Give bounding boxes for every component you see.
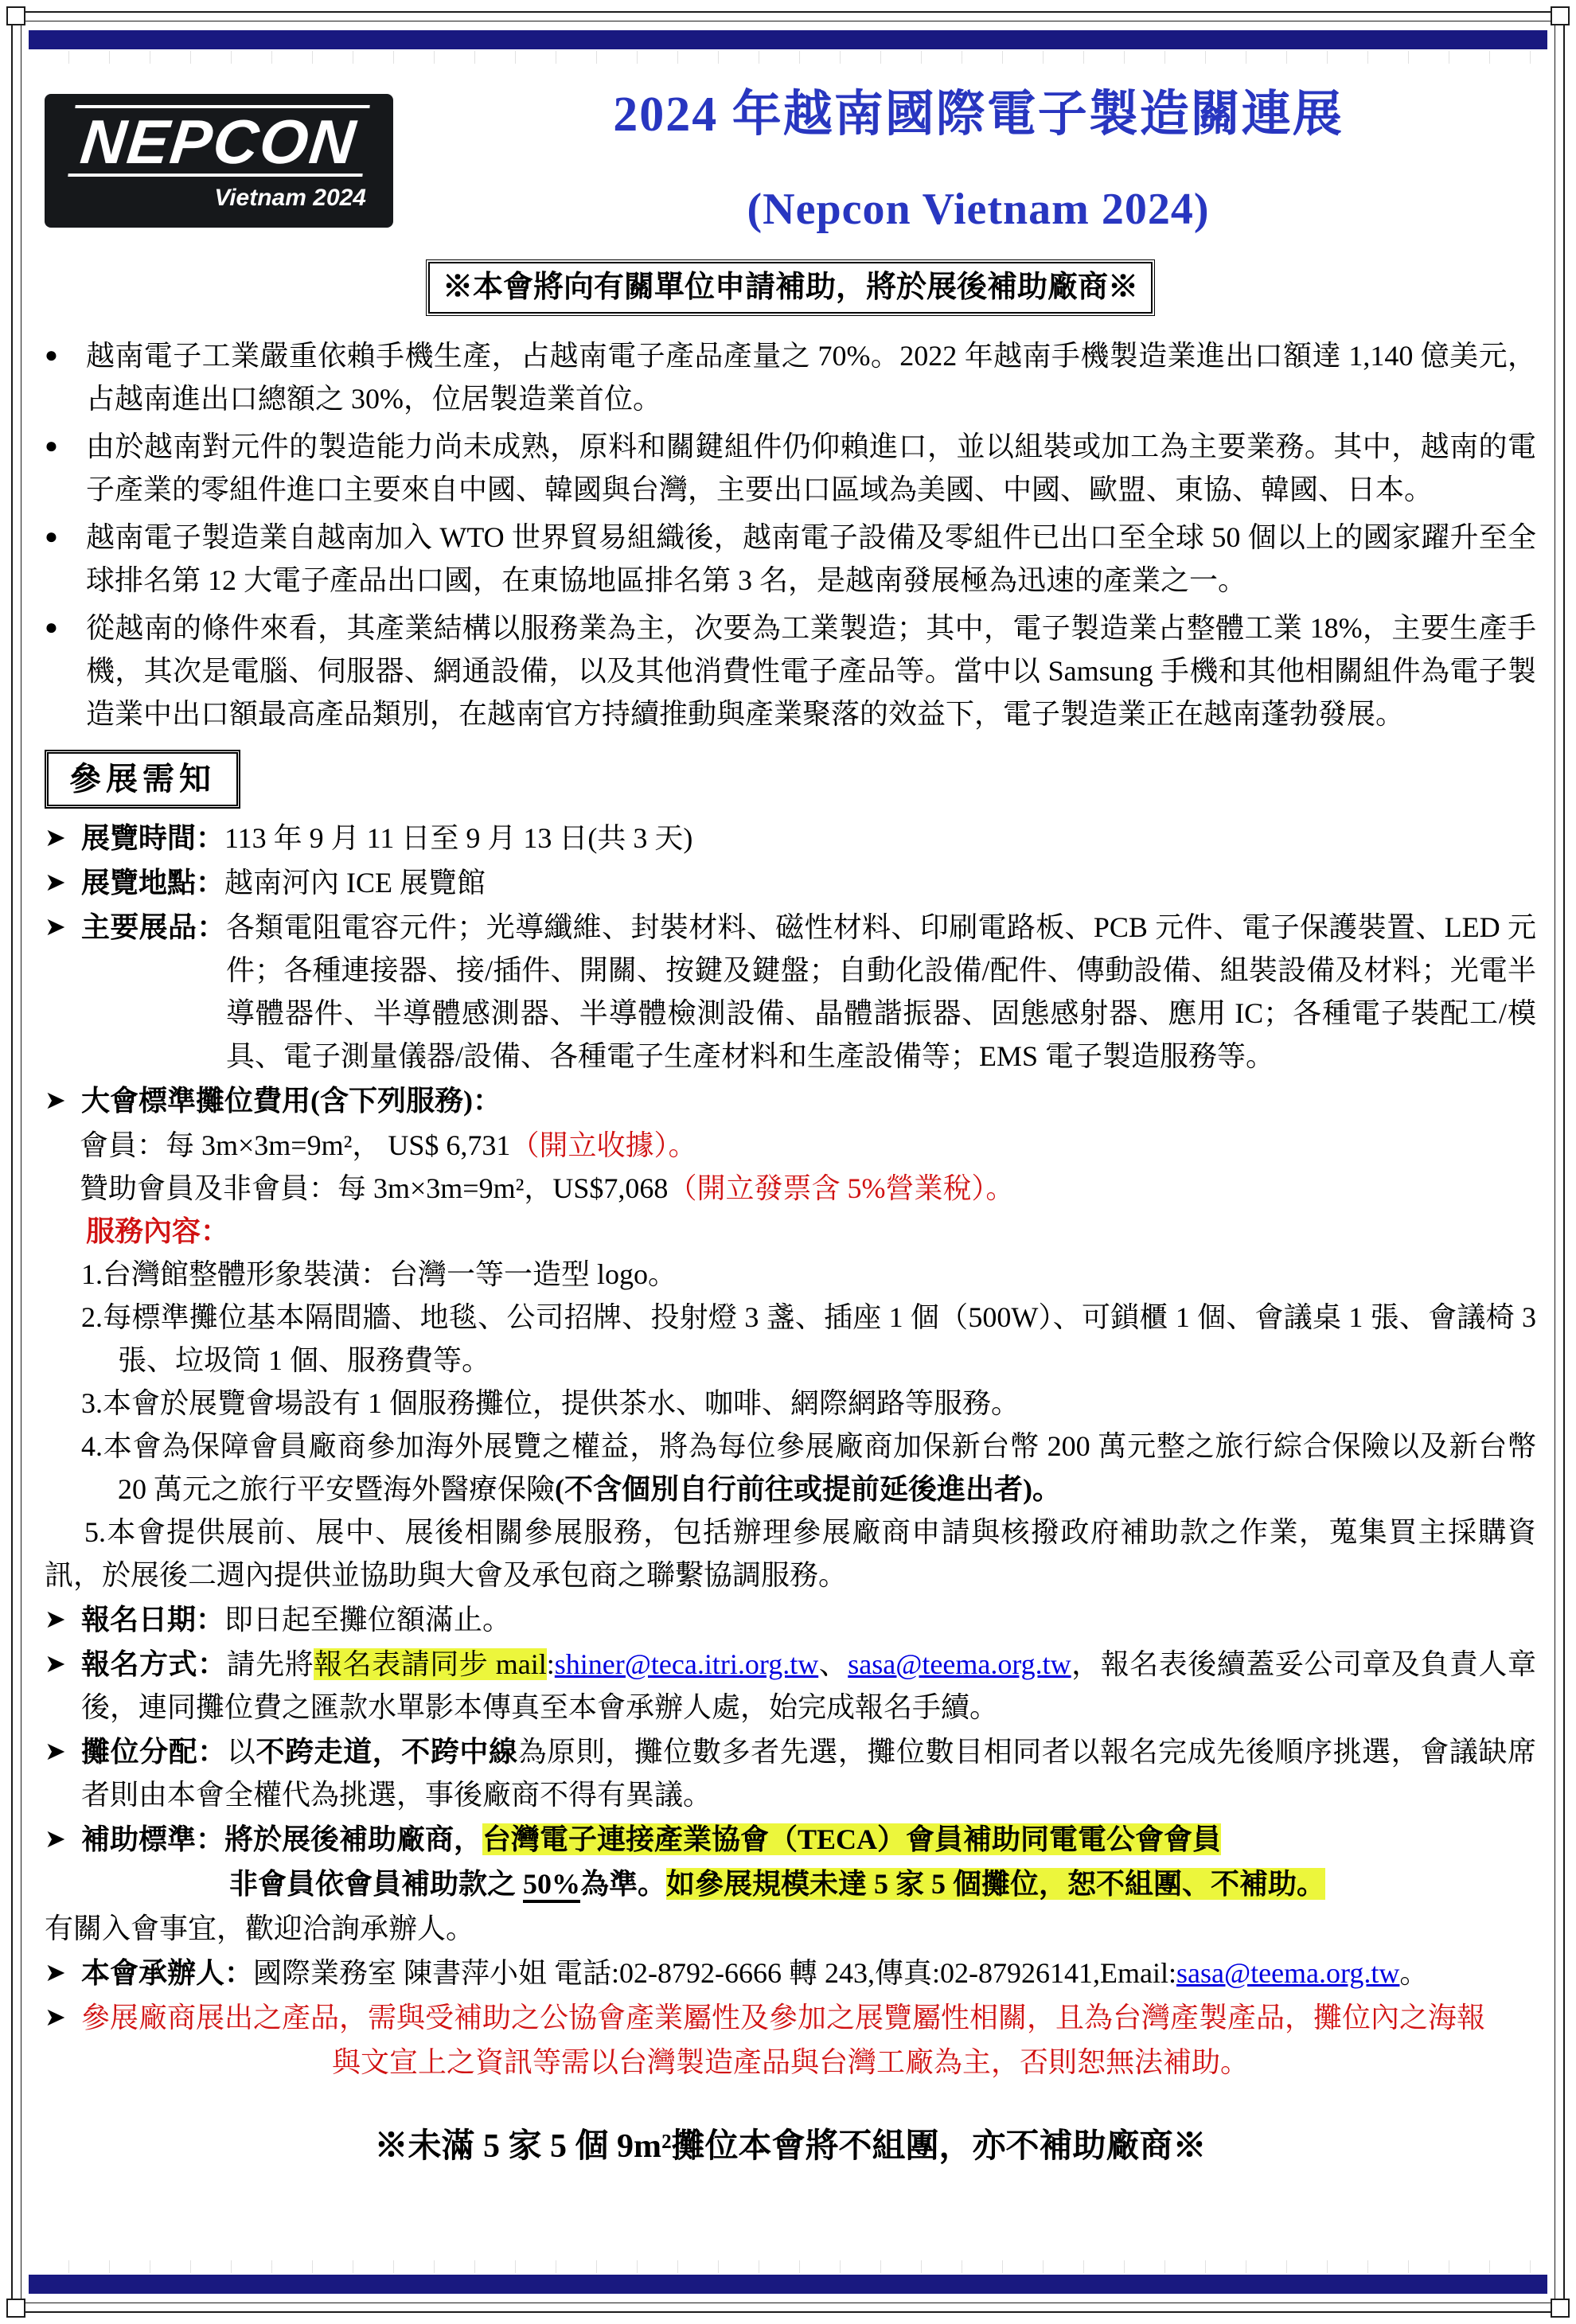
fee-member-receipt-note: （開立收據）。 (510, 1129, 696, 1161)
nepcon-logo: NEPCON Vietnam 2024 (45, 94, 393, 228)
arrow-icon: ➤ (45, 1598, 81, 1641)
service-text-bold: (不含個別自行前往或提前延後進出者)。 (555, 1473, 1061, 1505)
border-corner-ornament (1551, 2299, 1570, 2318)
service-number: 1. (81, 1258, 103, 1290)
top-navy-band (29, 30, 1547, 49)
item-label: 報名方式： (81, 1648, 227, 1680)
item-text: : (547, 1648, 555, 1680)
membership-note: 有關入會事宜，歡迎洽詢承辦人。 (45, 1907, 1536, 1950)
subsidy-notice-box: ※本會將向有關單位申請補助，將於展後補助廠商※ (428, 262, 1153, 314)
item-text: 以 (227, 1736, 256, 1768)
highlighted-text: 報名表請同步 mail (314, 1648, 547, 1680)
item-label: 主要展品： (81, 911, 226, 943)
item-text-bold: 不跨走道，不跨中線 (256, 1736, 517, 1768)
bullet-text: 由於越南對元件的製造能力尚未成熟，原料和關鍵組件仍仰賴進口，並以組裝或加工為主要… (86, 425, 1536, 511)
subsidy-notice-wrap: ※本會將向有關單位申請補助，將於展後補助廠商※ (45, 262, 1536, 314)
item-label: 補助標準： (81, 1823, 224, 1855)
footer-note: ※未滿 5 家 5 個 9m²攤位本會將不組團，亦不補助廠商※ (45, 2122, 1536, 2172)
item-content: 展覽地點：越南河內 ICE 展覽館 (81, 861, 1536, 904)
fee-member-line: 會員：每 3m×3m=9m²， US$ 6,731（開立收據）。 (80, 1124, 1536, 1167)
item-text: 越南河內 ICE 展覽館 (224, 867, 486, 899)
item-text-bold: 將於展後補助廠商， (224, 1823, 482, 1855)
item-text: 各類電阻電容元件；光導纖維、封裝材料、磁性材料、印刷電路板、PCB 元件、電子保… (226, 911, 1536, 1072)
service-text: 本會提供展前、展中、展後相關參展服務，包括辦理參展廠商申請與核撥政府補助款之作業… (45, 1516, 1536, 1591)
item-label: 大會標準攤位費用(含下列服務)： (81, 1085, 501, 1117)
bullet-icon: ● (45, 606, 86, 735)
bullet-text: 越南電子工業嚴重依賴手機生產，占越南電子產品產量之 70%。2022 年越南手機… (86, 334, 1536, 420)
page-subtitle: (Nepcon Vietnam 2024) (420, 176, 1536, 243)
item-signup-method: ➤ 報名方式：請先將報名表請同步 mail:shiner@teca.itri.o… (45, 1643, 1536, 1729)
nepcon-logo-subtext: Vietnam 2024 (214, 180, 366, 216)
list-item: ● 越南電子工業嚴重依賴手機生產，占越南電子產品產量之 70%。2022 年越南… (45, 334, 1536, 420)
arrow-icon: ➤ (45, 1730, 81, 1816)
item-content: 主要展品：各類電阻電容元件；光導纖維、封裝材料、磁性材料、印刷電路板、PCB 元… (81, 906, 1536, 1078)
service-item-2: 2.每標準攤位基本隔間牆、地毯、公司招牌、投射燈 3 盞、插座 1 個（500W… (81, 1296, 1536, 1382)
page-title: 2024 年越南國際電子製造關連展 (420, 78, 1536, 152)
subsidy-line2: 非會員依會員補助款之 50%為準。如參展規模未達 5 家 5 個攤位，恕不組團、… (229, 1862, 1536, 1905)
arrow-icon: ➤ (45, 817, 81, 860)
item-content: 大會標準攤位費用(含下列服務)： (81, 1079, 1536, 1122)
item-text: 非會員依會員補助款之 (229, 1868, 523, 1900)
item-booth-fee: ➤ 大會標準攤位費用(含下列服務)： (45, 1079, 1536, 1122)
title-block: 2024 年越南國際電子製造關連展 (Nepcon Vietnam 2024) (420, 78, 1536, 243)
bullet-icon: ● (45, 334, 86, 420)
item-content: 展覽時間：113 年 9 月 11 日至 9 月 13 日(共 3 天) (81, 817, 1536, 860)
fee-sponsor-line: 贊助會員及非會員：每 3m×3m=9m²，US$7,068（開立發票含 5%營業… (80, 1167, 1536, 1210)
item-content: 本會承辦人：國際業務室 陳書萍小姐 電話:02-8792-6666 轉 243,… (81, 1952, 1536, 1995)
item-text: 113 年 9 月 11 日至 9 月 13 日(共 3 天) (224, 822, 692, 854)
arrow-icon: ➤ (45, 1079, 81, 1122)
service-item-4: 4.本會為保障會員廠商參加海外展覽之權益，將為每位參展廠商加保新台幣 200 萬… (81, 1425, 1536, 1511)
grid-ticks-bottom (29, 2260, 1547, 2273)
fee-sponsor-invoice-note: （開立發票含 5%營業稅）。 (668, 1172, 1014, 1204)
header: NEPCON Vietnam 2024 2024 年越南國際電子製造關連展 (N… (45, 78, 1536, 243)
compliance-notice-line1: 參展廠商展出之產品，需與受補助之公協會產業屬性及參加之展覽屬性相關，且為台灣產製… (81, 1996, 1536, 2039)
list-item: ● 由於越南對元件的製造能力尚未成熟，原料和關鍵組件仍仰賴進口，並以組裝或加工為… (45, 425, 1536, 511)
item-text: 即日起至攤位額滿止。 (224, 1604, 511, 1636)
service-number: 4. (81, 1430, 103, 1462)
item-organizer-contact: ➤ 本會承辦人：國際業務室 陳書萍小姐 電話:02-8792-6666 轉 24… (45, 1952, 1536, 1995)
item-text: 、 (818, 1648, 848, 1680)
email-link-shiner[interactable]: shiner@teca.itri.org.tw (555, 1648, 818, 1680)
service-text: 台灣館整體形象裝潢：台灣一等一造型 logo。 (103, 1258, 677, 1290)
bullet-icon: ● (45, 425, 86, 511)
section-heading-exhibit-info: 參展需知 (45, 750, 240, 809)
service-item-3: 3.本會於展覽會場設有 1 個服務攤位，提供茶水、咖啡、網際網路等服務。 (81, 1382, 1536, 1425)
arrow-icon: ➤ (45, 1643, 81, 1729)
fee-member-text: 會員：每 3m×3m=9m²， US$ 6,731 (80, 1129, 510, 1161)
intro-bullet-list: ● 越南電子工業嚴重依賴手機生產，占越南電子產品產量之 70%。2022 年越南… (45, 334, 1536, 735)
item-text: 為準。 (580, 1868, 666, 1900)
item-subsidy-standard: ➤ 補助標準：將於展後補助廠商，台灣電子連接產業協會（TECA）會員補助同電電公… (45, 1818, 1536, 1861)
bullet-text: 從越南的條件來看，其產業結構以服務業為主，次要為工業製造；其中，電子製造業占整體… (86, 606, 1536, 735)
item-exhibit-time: ➤ 展覽時間：113 年 9 月 11 日至 9 月 13 日(共 3 天) (45, 817, 1536, 860)
arrow-icon: ➤ (45, 1818, 81, 1861)
document-body: NEPCON Vietnam 2024 2024 年越南國際電子製造關連展 (N… (45, 73, 1536, 2172)
item-label: 展覽地點： (81, 867, 224, 899)
item-label: 展覽時間： (81, 822, 224, 854)
service-text: 本會於展覽會場設有 1 個服務攤位，提供茶水、咖啡、網際網路等服務。 (103, 1387, 1020, 1419)
nepcon-logo-wordmark: NEPCON (68, 105, 369, 177)
item-content: 報名日期：即日起至攤位額滿止。 (81, 1598, 1536, 1641)
underlined-text: 50% (523, 1868, 580, 1903)
list-item: ● 從越南的條件來看，其產業結構以服務業為主，次要為工業製造；其中，電子製造業占… (45, 606, 1536, 735)
email-link-sasa[interactable]: sasa@teema.org.tw (848, 1648, 1071, 1680)
bullet-icon: ● (45, 516, 86, 602)
item-compliance-notice: ➤ 參展廠商展出之產品，需與受補助之公協會產業屬性及參加之展覽屬性相關，且為台灣… (45, 1996, 1536, 2039)
item-label: 本會承辦人： (81, 1957, 253, 1989)
border-corner-ornament (6, 2299, 25, 2318)
item-booth-allocation: ➤ 攤位分配：以不跨走道，不跨中線為原則，攤位數多者先選，攤位數目相同者以報名完… (45, 1730, 1536, 1816)
bottom-navy-band (29, 2275, 1547, 2294)
item-label: 報名日期： (81, 1604, 224, 1636)
highlighted-text: 如參展規模未達 5 家 5 個攤位，恕不組團、不補助。 (666, 1868, 1325, 1900)
service-text: 每標準攤位基本隔間牆、地毯、公司招牌、投射燈 3 盞、插座 1 個（500W）、… (103, 1301, 1536, 1376)
item-text: 。 (1399, 1957, 1428, 1989)
service-number: 5. (84, 1516, 106, 1548)
service-item-5: 5.本會提供展前、展中、展後相關參展服務，包括辦理參展廠商申請與核撥政府補助款之… (45, 1511, 1536, 1597)
section-heading-wrap: 參展需知 (45, 750, 1536, 809)
item-text: 請先將 (227, 1648, 314, 1680)
service-content-label: 服務內容： (86, 1210, 1536, 1253)
border-corner-ornament (6, 6, 25, 25)
item-label: 攤位分配： (81, 1736, 227, 1768)
item-exhibit-venue: ➤ 展覽地點：越南河內 ICE 展覽館 (45, 861, 1536, 904)
email-link-sasa[interactable]: sasa@teema.org.tw (1176, 1957, 1399, 1989)
item-signup-date: ➤ 報名日期：即日起至攤位額滿止。 (45, 1598, 1536, 1641)
bullet-text: 越南電子製造業自越南加入 WTO 世界貿易組織後，越南電子設備及零組件已出口至全… (86, 516, 1536, 602)
item-main-exhibits: ➤ 主要展品：各類電阻電容元件；光導纖維、封裝材料、磁性材料、印刷電路板、PCB… (45, 906, 1536, 1078)
list-item: ● 越南電子製造業自越南加入 WTO 世界貿易組織後，越南電子設備及零組件已出口… (45, 516, 1536, 602)
compliance-notice-line2: 與文宣上之資訊等需以台灣製造產品與台灣工廠為主，否則恕無法補助。 (45, 2041, 1536, 2084)
item-content: 補助標準：將於展後補助廠商，台灣電子連接產業協會（TECA）會員補助同電電公會會… (81, 1818, 1536, 1861)
arrow-icon: ➤ (45, 906, 81, 1078)
border-corner-ornament (1551, 6, 1570, 25)
fee-sponsor-text: 贊助會員及非會員：每 3m×3m=9m²，US$7,068 (80, 1172, 668, 1204)
item-content: 攤位分配：以不跨走道，不跨中線為原則，攤位數多者先選，攤位數目相同者以報名完成先… (81, 1730, 1536, 1816)
item-content: 報名方式：請先將報名表請同步 mail:shiner@teca.itri.org… (81, 1643, 1536, 1729)
arrow-icon: ➤ (45, 1952, 81, 1995)
service-item-1: 1.台灣館整體形象裝潢：台灣一等一造型 logo。 (81, 1253, 1536, 1296)
service-number: 3. (81, 1387, 103, 1419)
arrow-icon: ➤ (45, 1996, 81, 2039)
highlighted-text: 台灣電子連接產業協會（TECA）會員補助同電電公會會員 (482, 1823, 1221, 1855)
service-number: 2. (81, 1301, 103, 1333)
arrow-icon: ➤ (45, 861, 81, 904)
item-text: 國際業務室 陳書萍小姐 電話:02-8792-6666 轉 243,傳真:02-… (253, 1957, 1176, 1989)
grid-ticks-top (29, 51, 1547, 64)
